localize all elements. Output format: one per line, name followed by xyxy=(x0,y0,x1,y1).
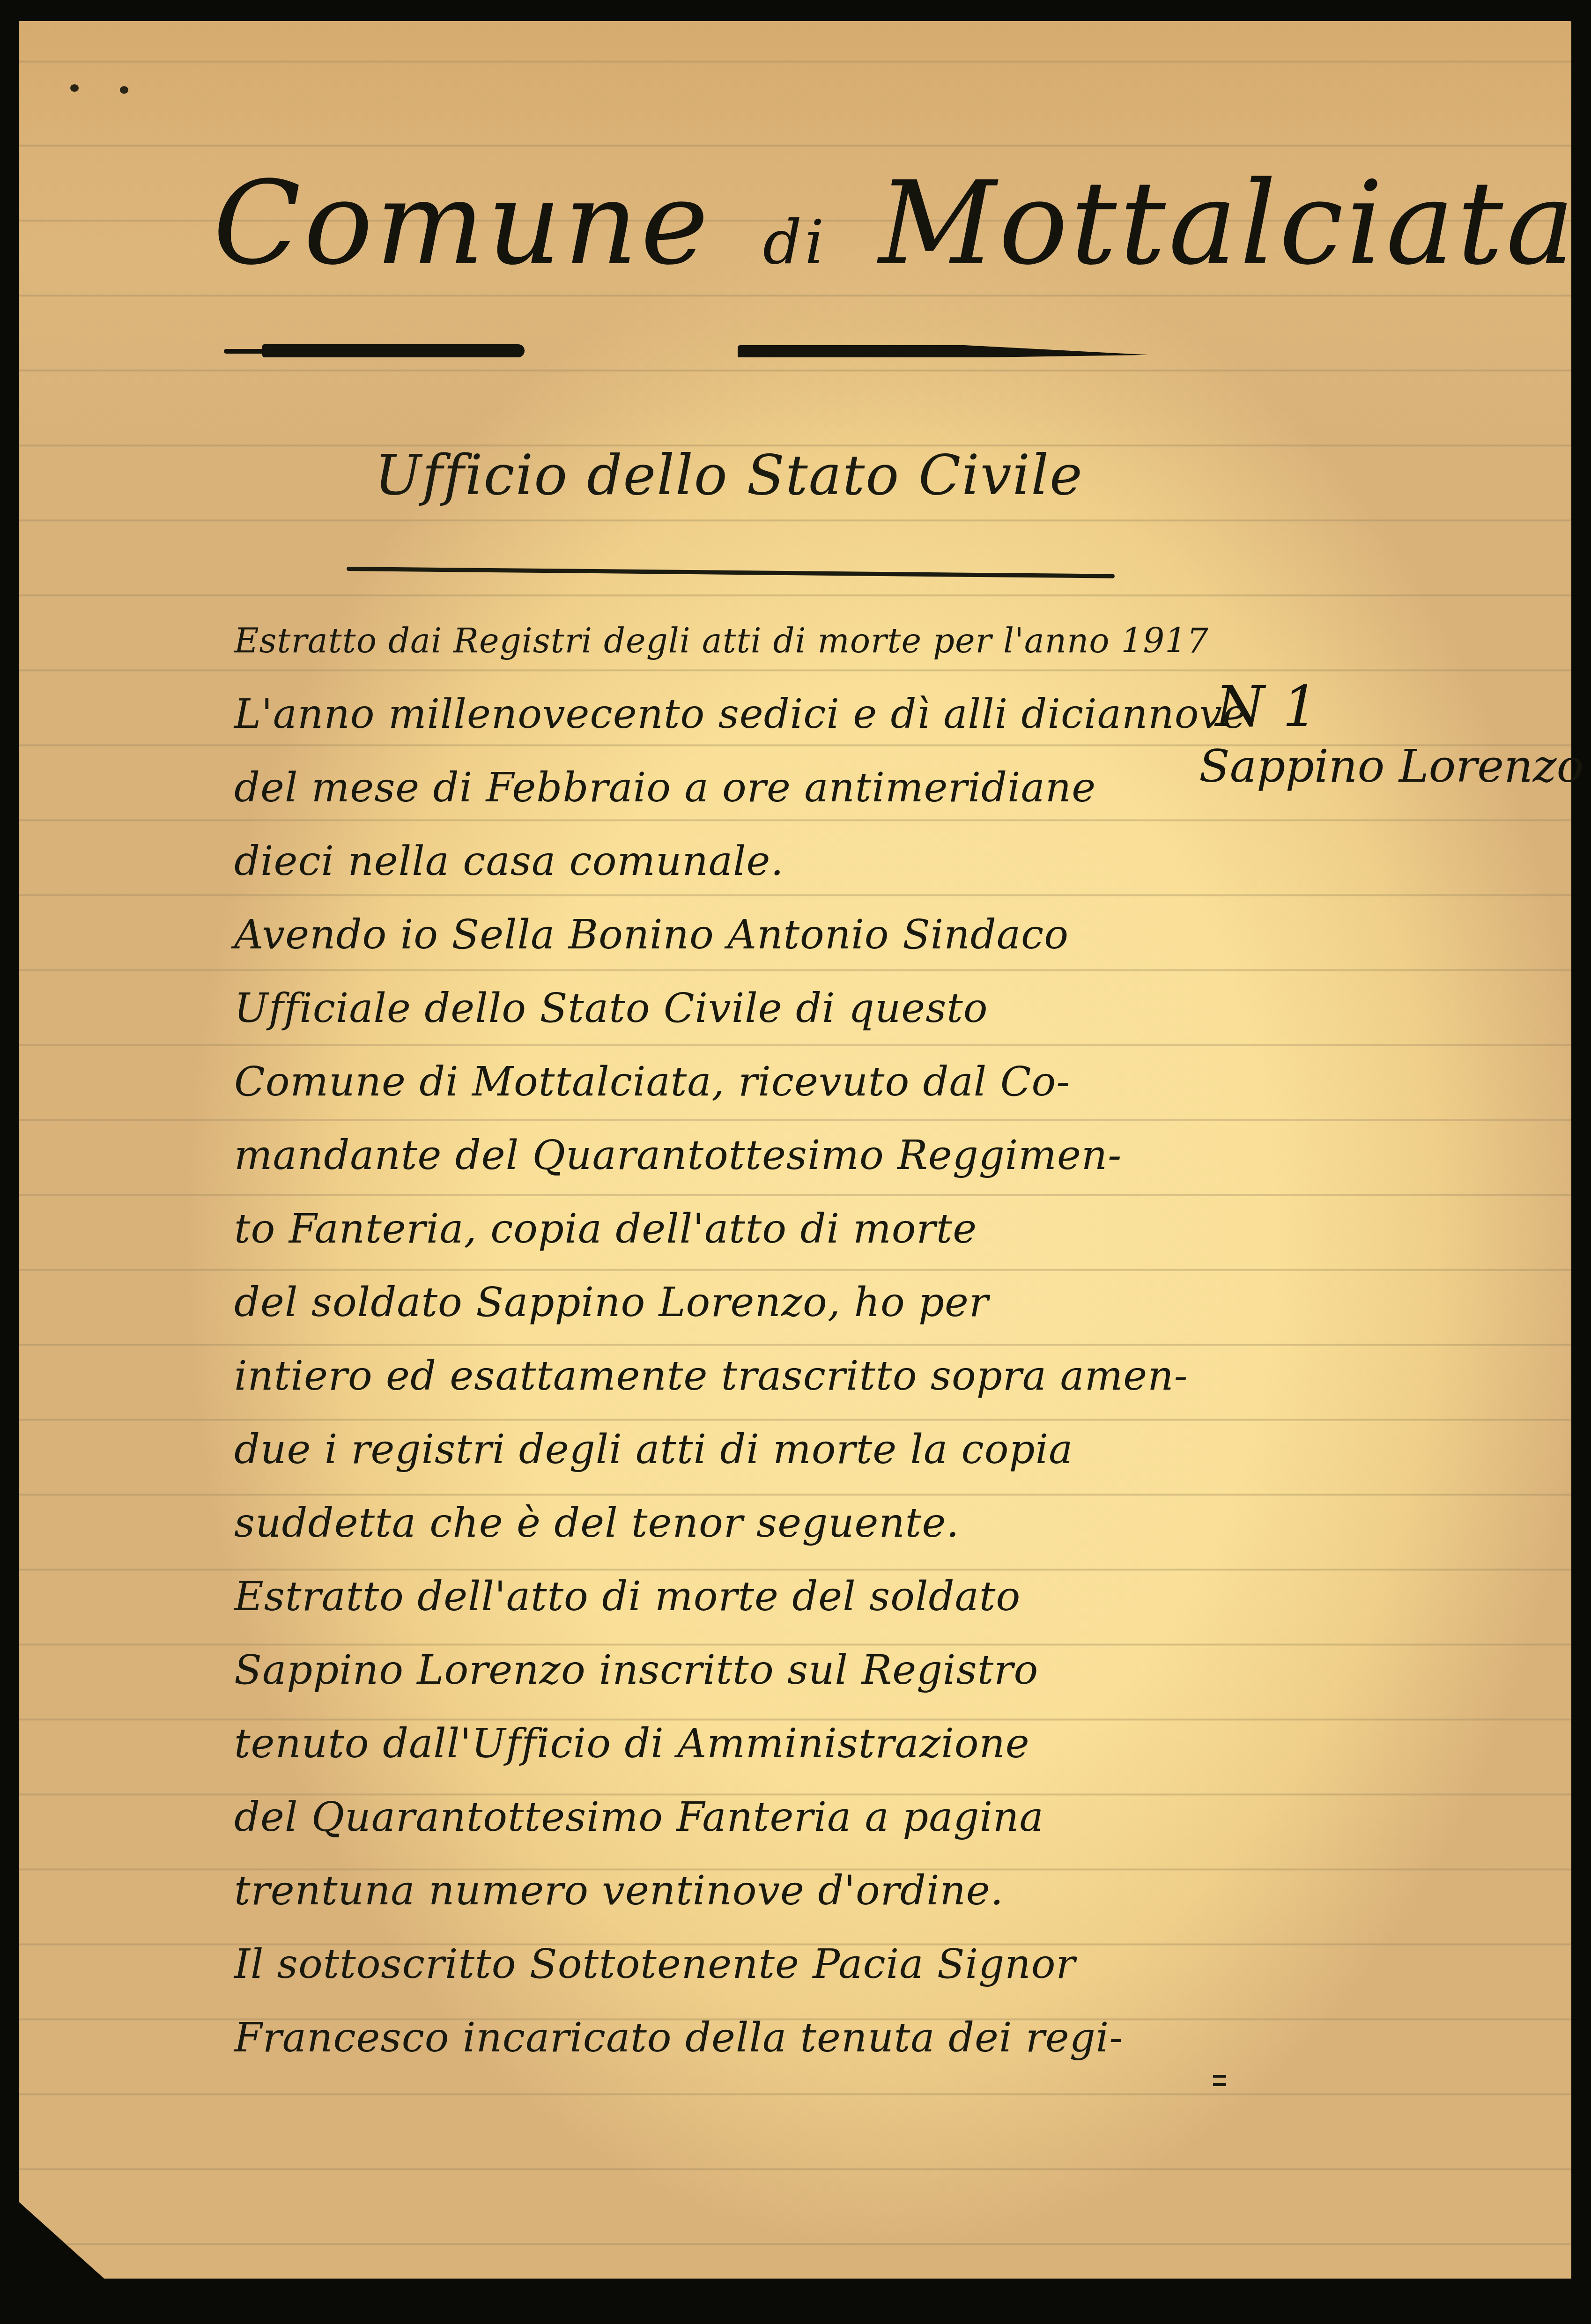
body-line: trentuna numero ventinove d'ordine. xyxy=(234,1854,1358,1928)
continuation-mark xyxy=(1213,2075,1226,2078)
body-line: mandante del Quarantottesimo Reggimen- xyxy=(234,1119,1358,1192)
document-content: ComunediMottalciata Ufficio dello Stato … xyxy=(0,0,1591,2324)
title-word: Mottalciata xyxy=(879,157,1577,290)
body-line: tenuto dall'Ufficio di Amministrazione xyxy=(234,1707,1358,1781)
body-line: L'anno millenovecento sedici e dì alli d… xyxy=(234,678,1358,751)
title-word: di xyxy=(763,207,827,278)
body-line: del Quarantottesimo Fanteria a pagina xyxy=(234,1781,1358,1854)
body-line: Il sottoscritto Sottotenente Pacia Signo… xyxy=(234,1928,1358,2001)
title-flourish-left xyxy=(262,344,525,357)
body-line: intiero ed esattamente trascritto sopra … xyxy=(234,1340,1358,1413)
body-line: Estratto dai Registri degli atti di mort… xyxy=(234,604,1358,678)
body-line: Estratto dell'atto di morte del soldato xyxy=(234,1560,1358,1634)
body-line: Avendo io Sella Bonino Antonio Sindaco xyxy=(234,898,1358,972)
title-flourish-right xyxy=(738,345,1150,357)
office-subtitle: Ufficio dello Stato Civile xyxy=(375,443,1083,507)
body-line: dieci nella casa comunale. xyxy=(234,825,1358,898)
subtitle-underline xyxy=(347,567,1115,578)
body-line: Sappino Lorenzo inscritto sul Registro xyxy=(234,1634,1358,1707)
body-line: del mese di Febbraio a ore antimeridiane xyxy=(234,751,1358,825)
document-title: ComunediMottalciata xyxy=(213,166,1365,281)
body-line: to Fanteria, copia dell'atto di morte xyxy=(234,1192,1358,1266)
body-line: due i registri degli atti di morte la co… xyxy=(234,1413,1358,1487)
body-line: Francesco incaricato della tenuta dei re… xyxy=(234,2001,1358,2075)
handwritten-body: Estratto dai Registri degli atti di mort… xyxy=(234,604,1358,2075)
title-word: Comune xyxy=(213,157,711,290)
body-line: suddetta che è del tenor seguente. xyxy=(234,1487,1358,1560)
punch-hole xyxy=(120,86,128,94)
body-line: Ufficiale dello Stato Civile di questo xyxy=(234,972,1358,1045)
body-line: del soldato Sappino Lorenzo, ho per xyxy=(234,1266,1358,1340)
body-line: Comune di Mottalciata, ricevuto dal Co- xyxy=(234,1045,1358,1119)
punch-hole xyxy=(70,84,79,92)
